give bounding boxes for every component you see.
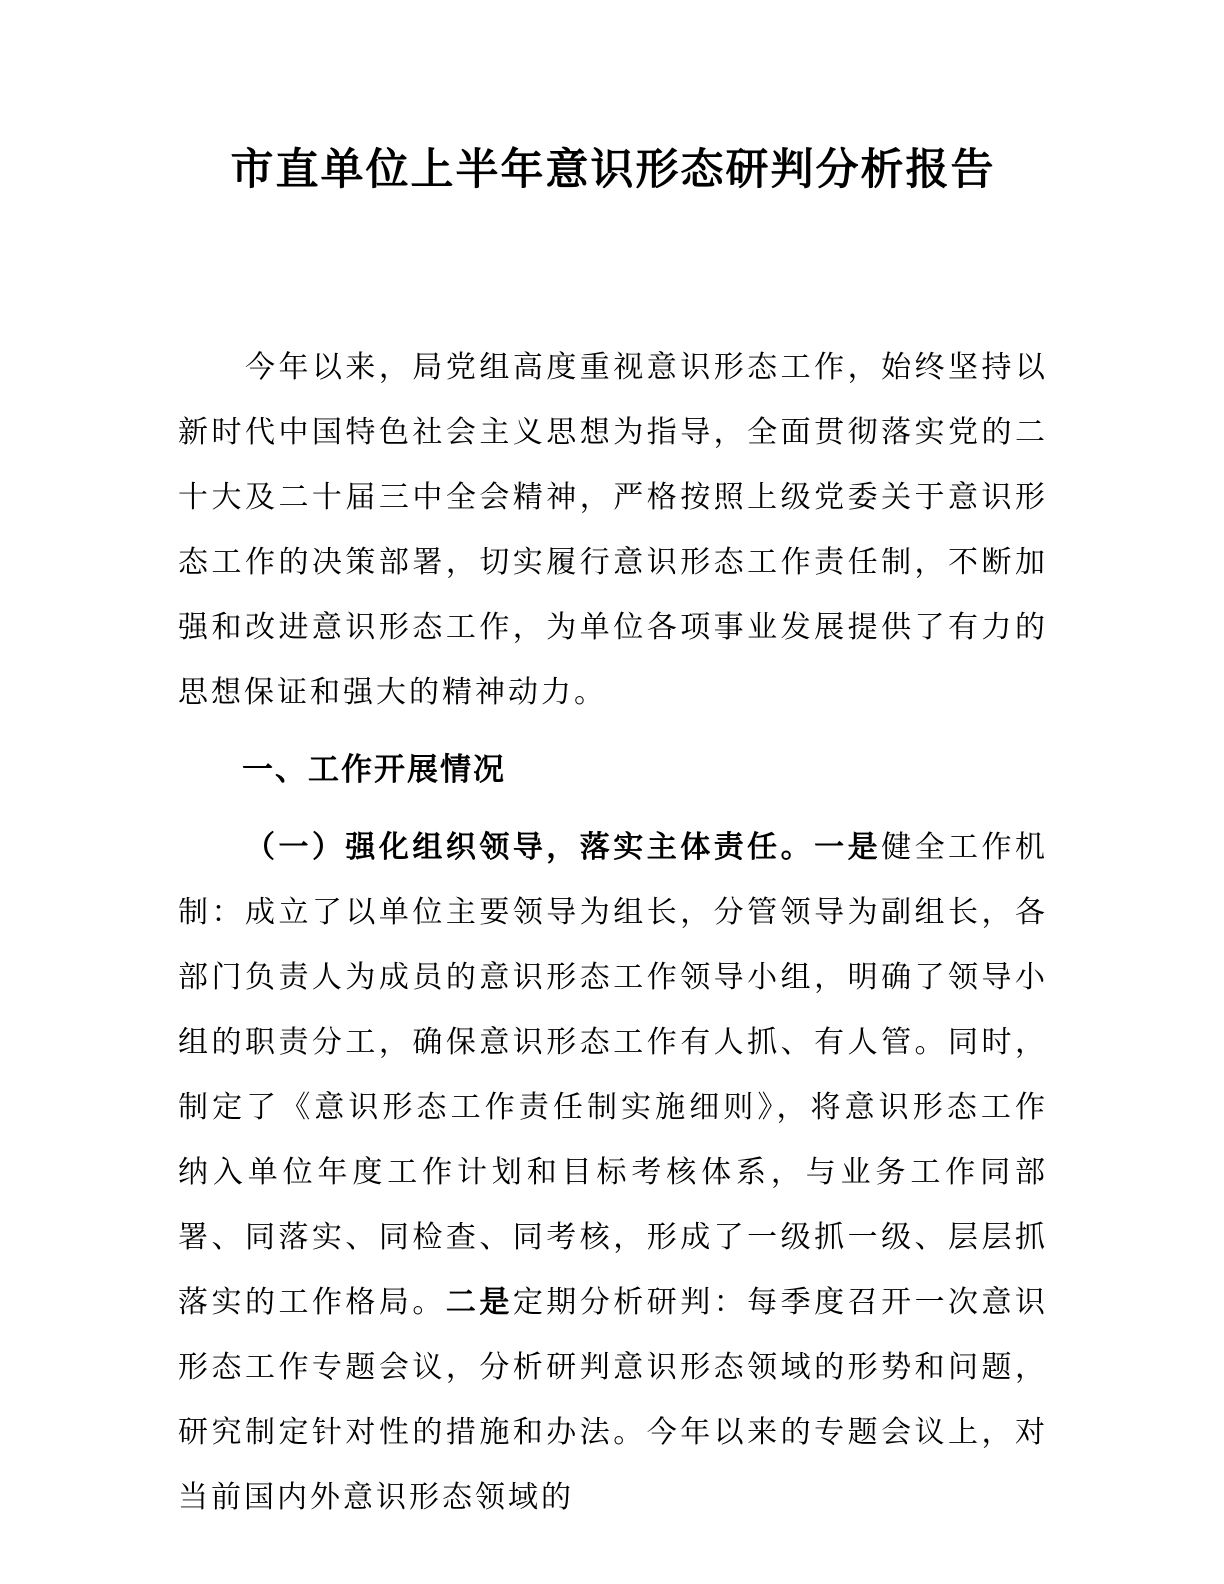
document-title: 市直单位上半年意识形态研判分析报告 [178,138,1048,202]
document-page: 市直单位上半年意识形态研判分析报告 今年以来，局党组高度重视意识形态工作，始终坚… [0,0,1224,1584]
subsection-1-paragraph: （一）强化组织领导，落实主体责任。一是健全工作机制：成立了以单位主要领导为组长，… [178,815,1048,1530]
subsection-1-text-run-1: 健全工作机制：成立了以单位主要领导为组长，分管领导为副组长，各部门负责人为成员的… [178,831,1048,1319]
subsection-1-lead-bold: （一）强化组织领导，落实主体责任。一是 [245,831,881,864]
section-1-heading: 一、工作开展情况 [178,737,1048,802]
intro-paragraph: 今年以来，局党组高度重视意识形态工作，始终坚持以新时代中国特色社会主义思想为指导… [178,335,1048,725]
subsection-1-text-run-2: 定期分析研判：每季度召开一次意识形态工作专题会议，分析研判意识形态领域的形势和问… [178,1286,1048,1514]
subsection-1-bold-run-2: 二是 [446,1286,513,1319]
